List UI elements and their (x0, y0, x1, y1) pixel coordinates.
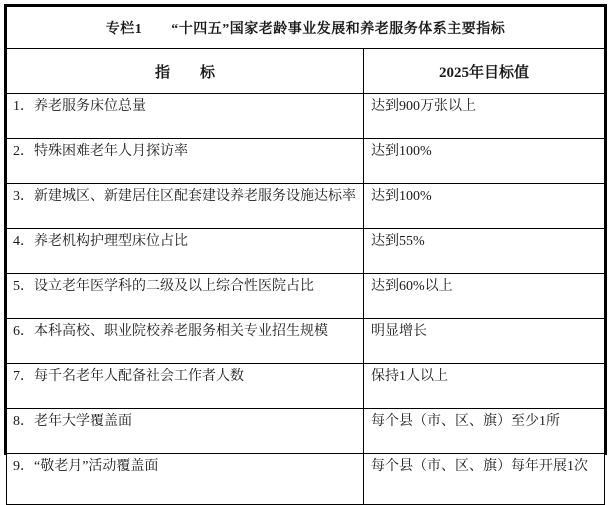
target-cell: 保持1人以上 (364, 364, 605, 409)
target-cell: 达到100% (364, 184, 605, 229)
column-header-target: 2025年目标值 (364, 49, 605, 94)
indicator-cell: 2．特殊困难老年人月探访率 (7, 139, 364, 184)
table-row: 9．“敬老月”活动覆盖面 每个县（市、区、旗）每年开展1次 (7, 454, 605, 505)
target-cell: 达到900万张以上 (364, 94, 605, 139)
table-row: 7．每千名老年人配备社会工作者人数 保持1人以上 (7, 364, 605, 409)
indicator-cell: 1．养老服务床位总量 (7, 94, 364, 139)
indicator-table-frame: 专栏1 “十四五”国家老龄事业发展和养老服务体系主要指标 指 标 2025年目标… (4, 4, 607, 455)
indicator-cell: 7．每千名老年人配备社会工作者人数 (7, 364, 364, 409)
indicator-cell: 3．新建城区、新建居住区配套建设养老服务设施达标率 (7, 184, 364, 229)
indicator-cell: 4．养老机构护理型床位占比 (7, 229, 364, 274)
table-row: 2．特殊困难老年人月探访率 达到100% (7, 139, 605, 184)
target-cell: 达到55% (364, 229, 605, 274)
column-header-indicator: 指 标 (7, 49, 364, 94)
table-row: 1．养老服务床位总量 达到900万张以上 (7, 94, 605, 139)
target-cell: 达到100% (364, 139, 605, 184)
indicator-table: 专栏1 “十四五”国家老龄事业发展和养老服务体系主要指标 指 标 2025年目标… (6, 6, 605, 505)
target-cell: 达到60%以上 (364, 274, 605, 319)
table-title: 专栏1 “十四五”国家老龄事业发展和养老服务体系主要指标 (7, 7, 605, 49)
table-row: 5．设立老年医学科的二级及以上综合性医院占比 达到60%以上 (7, 274, 605, 319)
table-row: 4．养老机构护理型床位占比 达到55% (7, 229, 605, 274)
table-row: 6．本科高校、职业院校养老服务相关专业招生规模 明显增长 (7, 319, 605, 364)
target-cell: 每个县（市、区、旗）至少1所 (364, 409, 605, 454)
indicator-cell: 6．本科高校、职业院校养老服务相关专业招生规模 (7, 319, 364, 364)
indicator-cell: 5．设立老年医学科的二级及以上综合性医院占比 (7, 274, 364, 319)
target-cell: 每个县（市、区、旗）每年开展1次 (364, 454, 605, 505)
table-row: 8．老年大学覆盖面 每个县（市、区、旗）至少1所 (7, 409, 605, 454)
table-title-row: 专栏1 “十四五”国家老龄事业发展和养老服务体系主要指标 (7, 7, 605, 49)
target-cell: 明显增长 (364, 319, 605, 364)
table-row: 3．新建城区、新建居住区配套建设养老服务设施达标率 达到100% (7, 184, 605, 229)
table-header-row: 指 标 2025年目标值 (7, 49, 605, 94)
indicator-cell: 9．“敬老月”活动覆盖面 (7, 454, 364, 505)
indicator-cell: 8．老年大学覆盖面 (7, 409, 364, 454)
